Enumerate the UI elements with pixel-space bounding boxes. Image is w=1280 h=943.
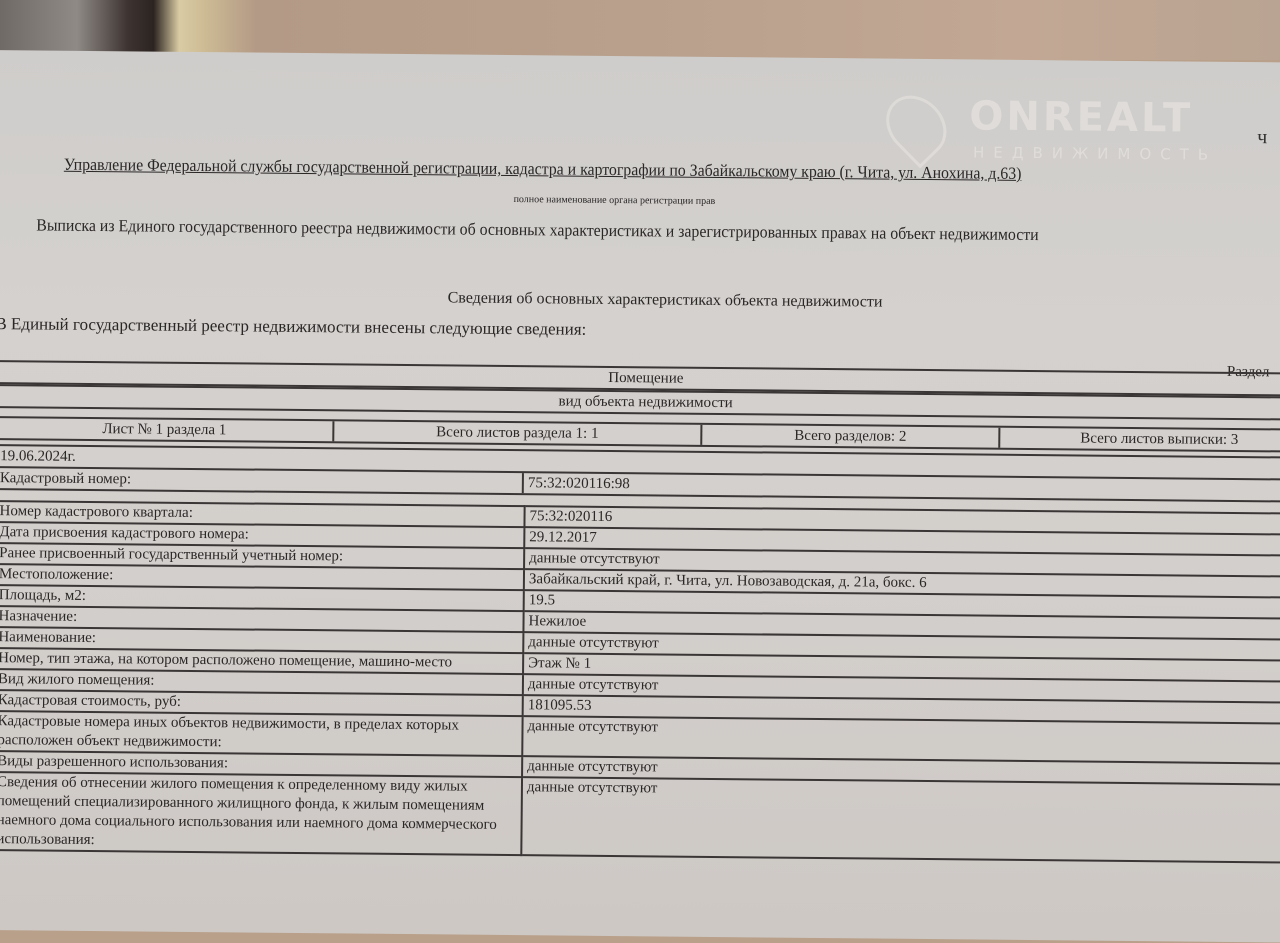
extract-sheets-total: Всего листов выписки: 3 — [1000, 428, 1280, 451]
sheet-number: Лист № 1 раздела 1 — [0, 418, 334, 441]
property-label: Сведения об отнесении жилого помещения к… — [0, 772, 522, 855]
house-pin-icon — [874, 83, 959, 168]
watermark: ONREALT НЕДВИЖИМОСТЬ — [869, 86, 1250, 170]
cadastral-number-label: Кадастровый номер: — [0, 468, 524, 493]
properties-table: Номер кадастрового квартала:75:32:020116… — [0, 500, 1280, 863]
section-heading: Сведения об основных характеристиках объ… — [448, 289, 883, 311]
property-label: Кадастровые номера иных объектов недвижи… — [0, 711, 523, 756]
document-title: Выписка из Единого государственного реес… — [36, 215, 1039, 245]
section-sheets-total: Всего листов раздела 1: 1 — [334, 421, 702, 445]
table-row: Сведения об отнесении жилого помещения к… — [0, 772, 1280, 862]
watermark-tagline: НЕДВИЖИМОСТЬ — [973, 143, 1217, 163]
authority-caption: полное наименование органа регистрации п… — [514, 194, 716, 207]
watermark-brand: ONREALT — [969, 93, 1193, 141]
document-page: ONREALT НЕДВИЖИМОСТЬ ч Управление Федера… — [0, 50, 1280, 910]
corner-mark: ч — [1257, 126, 1267, 149]
sections-total: Всего разделов: 2 — [702, 425, 1000, 448]
registration-authority: Управление Федеральной службы государств… — [64, 155, 1022, 184]
property-value: данные отсутствуют — [521, 777, 1280, 862]
section-intro: В Единый государственный реестр недвижим… — [0, 314, 586, 340]
